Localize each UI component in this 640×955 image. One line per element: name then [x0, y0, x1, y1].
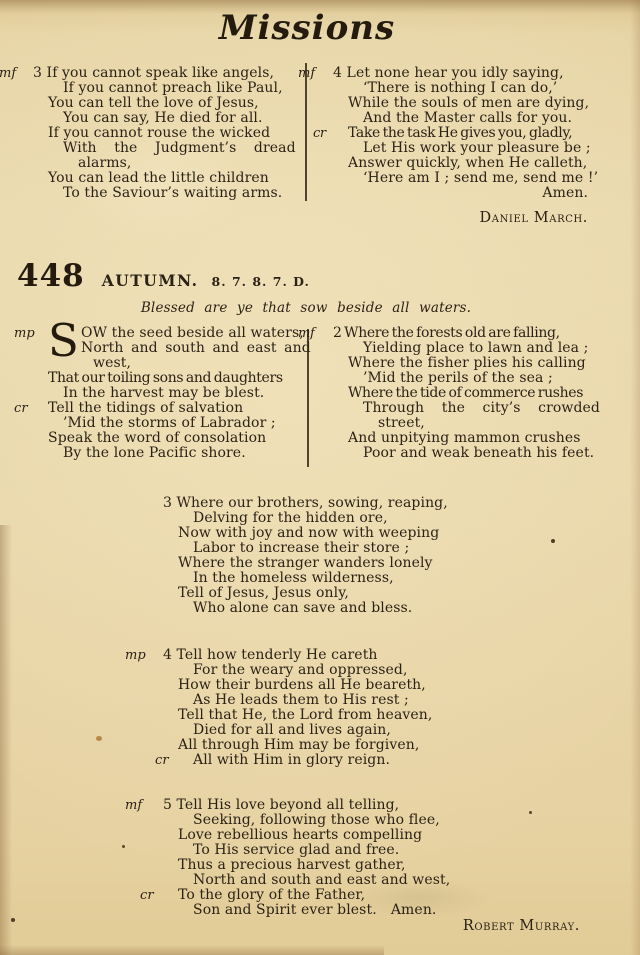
dynamic-marker: cr: [14, 401, 28, 416]
dynamic-marker: mf: [0, 66, 16, 81]
verse-line: Son and Spirit ever blest. Amen.: [193, 903, 488, 918]
verse-line-text: Tell of Jesus, Jesus only,: [178, 585, 349, 601]
verse-line: Tell that He, the Lord from heaven,: [178, 708, 488, 723]
paper-speck: [11, 918, 15, 922]
dynamic-marker: mp: [125, 648, 146, 663]
verse-line-text: 4 Tell how tenderly He careth: [163, 647, 378, 663]
verse-line: To His service glad and free.: [193, 843, 488, 858]
hymnal-page: Missions mf3 If you cannot speak like an…: [0, 0, 640, 955]
verse-line-text: street,: [378, 415, 425, 431]
verse-line-text: How their burdens all He beareth,: [178, 677, 426, 693]
verse-line: 3 Where our brothers, sowing, reaping,: [163, 496, 488, 511]
verse-line-text: You can tell the love of Jesus,: [48, 95, 259, 111]
prev-hymn-verse-3: mf3 If you cannot speak like angels, If …: [48, 66, 298, 201]
paper-speck: [96, 736, 102, 741]
verse-line: All through Him may be forgiven,: [178, 738, 488, 753]
page-edge-shadow-left: [0, 525, 12, 955]
verse-line: ’Mid the perils of the sea ;: [363, 371, 588, 386]
running-head-title: Missions: [0, 8, 614, 48]
verse-line-text: Love rebellious hearts compelling: [178, 827, 422, 843]
verse-line-text: Amen.: [542, 185, 588, 201]
verse-line: You can say, He died for all.: [63, 111, 298, 126]
verse-line: And the Master calls for you.: [363, 111, 588, 126]
verse-line-text: Now with joy and now with weeping: [178, 525, 439, 541]
dynamic-marker: mf: [298, 66, 315, 81]
verse-line-text: If you cannot rouse the wicked: [48, 125, 270, 141]
verse-line: With the Judgment’s dread: [63, 141, 298, 156]
prev-hymn-verse-4: mf4 Let none hear you idly saying, ‘Ther…: [348, 66, 588, 201]
verse-line: While the souls of men are dying,: [348, 96, 588, 111]
verse-line-text: Poor and weak beneath his feet.: [363, 445, 594, 461]
verse-line-text: Speak the word of consolation: [48, 430, 266, 446]
verse-line-text: Through the city’s crowded: [363, 400, 600, 416]
verse-line-text: 2 Where the forests old are falling,: [333, 325, 560, 341]
verse-line: Poor and weak beneath his feet.: [363, 446, 588, 461]
verse-line: If you cannot preach like Paul,: [63, 81, 298, 96]
verse-line-text: North and south and east and: [81, 340, 311, 356]
verse-line-text: Son and Spirit ever blest. Amen.: [193, 902, 436, 918]
column-divider: [307, 329, 309, 467]
verse-line: How their burdens all He beareth,: [178, 678, 488, 693]
tune-name: AUTUMN.: [102, 271, 199, 290]
verse-line: Seeking, following those who flee,: [193, 813, 488, 828]
verse-line: Through the city’s crowded: [363, 401, 588, 416]
dynamic-marker: mf: [298, 326, 314, 341]
verse-line: Speak the word of consolation: [48, 431, 298, 446]
verse-line-text: Let His work your pleasure be ;: [363, 140, 591, 156]
verse-line: In the harvest may be blest.: [63, 386, 298, 401]
verse-line: ‘There is nothing I can do,’: [363, 81, 588, 96]
dynamic-marker: cr: [155, 753, 169, 768]
verse-line: Amen.: [348, 186, 588, 201]
verse-line: Died for all and lives again,: [193, 723, 488, 738]
verse-line-text: As He leads them to His rest ;: [193, 692, 409, 708]
verse-line: mf2 Where the forests old are falling,: [333, 326, 588, 341]
verse-line-text: By the lone Pacific shore.: [63, 445, 246, 461]
verse-line-text: Yielding place to lawn and lea ;: [363, 340, 589, 356]
verse-line-text: For the weary and oppressed,: [193, 662, 408, 678]
hymn-verse-2: mf2 Where the forests old are falling, Y…: [348, 326, 588, 461]
dynamic-marker: cr: [140, 888, 154, 903]
verse-line-text: And the Master calls for you.: [363, 110, 572, 126]
verse-line: alarms,: [78, 156, 298, 171]
verse-line: Who alone can save and bless.: [193, 601, 488, 616]
verse-line-text: Seeking, following those who flee,: [193, 812, 440, 828]
verse-line-text: That our toiling sons and daughters: [48, 370, 283, 386]
paper-speck: [529, 811, 532, 814]
verse-line-text: In the harvest may be blest.: [63, 385, 264, 401]
verse-line: mpOW the seed beside all waters,: [48, 326, 298, 341]
verse-line-text: You can lead the little children: [48, 170, 269, 186]
verse-line: You can tell the love of Jesus,: [48, 96, 298, 111]
dynamic-marker: mf: [125, 798, 142, 813]
verse-line-text: In the homeless wilderness,: [193, 570, 394, 586]
verse-line: Love rebellious hearts compelling: [178, 828, 488, 843]
verse-line-text: Who alone can save and bless.: [193, 600, 412, 616]
hymn-heading: 448 AUTUMN. 8. 7. 8. 7. D.: [17, 258, 310, 294]
verse-line-text: alarms,: [78, 155, 131, 171]
verse-line: Now with joy and now with weeping: [178, 526, 488, 541]
verse-line: If you cannot rouse the wicked: [48, 126, 298, 141]
verse-line: You can lead the little children: [48, 171, 298, 186]
verse-line-text: And unpitying mammon crushes: [348, 430, 581, 446]
hymn-number: 448: [17, 258, 85, 294]
verse-line: North and south and east and: [48, 341, 298, 356]
paper-speck: [551, 539, 555, 543]
verse-line: To the Saviour’s waiting arms.: [63, 186, 298, 201]
hymn-verse-5: mf5 Tell His love beyond all telling, Se…: [178, 798, 488, 918]
verse-line: ’Mid the storms of Labrador ;: [63, 416, 298, 431]
verse-line: Answer quickly, when He calleth,: [348, 156, 588, 171]
verse-line-text: Died for all and lives again,: [193, 722, 391, 738]
verse-line: ‘Here am I ; send me, send me !’: [363, 171, 588, 186]
verse-line: crTell the tidings of salvation: [48, 401, 298, 416]
verse-line-text: Where the stranger wanders lonely: [178, 555, 433, 571]
verse-line-text: Where the tide of commerce rushes: [348, 385, 583, 401]
verse-line-text: ‘Here am I ; send me, send me !’: [363, 170, 598, 186]
verse-line: west,: [93, 356, 298, 371]
author-attribution-bottom: Robert Murray.: [330, 918, 580, 934]
verse-line: mp4 Tell how tenderly He careth: [163, 648, 488, 663]
verse-line-text: 4 Let none hear you idly saying,: [333, 65, 564, 81]
verse-line: crTo the glory of the Father,: [178, 888, 488, 903]
page-edge-shadow-right: [630, 0, 640, 955]
verse-line: Thus a precious harvest gather,: [178, 858, 488, 873]
page-edge-shadow-bottom: [0, 945, 384, 955]
hymn-verse-1: S mpOW the seed beside all waters, North…: [48, 326, 298, 461]
verse-line-text: With the Judgment’s dread: [63, 140, 296, 156]
verse-line-text: To the glory of the Father,: [178, 887, 365, 903]
verse-line: For the weary and oppressed,: [193, 663, 488, 678]
verse-line-text: ’Mid the perils of the sea ;: [363, 370, 553, 386]
column-divider: [305, 63, 307, 201]
verse-line: And unpitying mammon crushes: [348, 431, 588, 446]
verse-line-text: To the Saviour’s waiting arms.: [63, 185, 282, 201]
verse-line: street,: [378, 416, 588, 431]
verse-line-text: Thus a precious harvest gather,: [178, 857, 406, 873]
hymn-verse-3: 3 Where our brothers, sowing, reaping, D…: [178, 496, 488, 616]
author-attribution-top: Daniel March.: [348, 210, 604, 226]
verse-line-text: To His service glad and free.: [193, 842, 399, 858]
verse-line: By the lone Pacific shore.: [63, 446, 298, 461]
verse-line-text: ‘There is nothing I can do,’: [363, 80, 557, 96]
verse-line-text: Labor to increase their store ;: [193, 540, 409, 556]
verse-line-text: Delving for the hidden ore,: [193, 510, 388, 526]
hymn-verse-4: mp4 Tell how tenderly He careth For the …: [178, 648, 488, 768]
verse-line: mf3 If you cannot speak like angels,: [33, 66, 298, 81]
dynamic-marker: mp: [14, 326, 35, 341]
verse-line-text: Tell the tidings of salvation: [48, 400, 243, 416]
verse-line-text: All with Him in glory reign.: [193, 752, 390, 768]
verse-line-text: 3 If you cannot speak like angels,: [33, 65, 274, 81]
verse-line-text: While the souls of men are dying,: [348, 95, 589, 111]
paper-speck: [122, 845, 125, 848]
verse-line-text: All through Him may be forgiven,: [178, 737, 419, 753]
verse-line: In the homeless wilderness,: [193, 571, 488, 586]
hymn-meter: 8. 7. 8. 7. D.: [212, 274, 310, 289]
verse-line: Where the fisher plies his calling: [348, 356, 588, 371]
verse-line: Where the tide of commerce rushes: [348, 386, 588, 401]
verse-line-text: west,: [93, 355, 131, 371]
verse-line: Delving for the hidden ore,: [193, 511, 488, 526]
verse-line-text: If you cannot preach like Paul,: [63, 80, 283, 96]
verse-line: Yielding place to lawn and lea ;: [363, 341, 588, 356]
verse-line: mf4 Let none hear you idly saying,: [333, 66, 588, 81]
verse-line: Tell of Jesus, Jesus only,: [178, 586, 488, 601]
verse-line-text: 3 Where our brothers, sowing, reaping,: [163, 495, 448, 511]
dynamic-marker: cr: [313, 126, 326, 141]
verse-line-text: OW the seed beside all waters,: [81, 325, 304, 341]
verse-line: That our toiling sons and daughters: [48, 371, 298, 386]
verse-line: Let His work your pleasure be ;: [363, 141, 588, 156]
verse-line-text: Where the fisher plies his calling: [348, 355, 586, 371]
verse-line-text: You can say, He died for all.: [63, 110, 263, 126]
verse-line-text: Answer quickly, when He calleth,: [348, 155, 587, 171]
verse-line-text: Take the task He gives you, gladly,: [348, 125, 572, 141]
verse-line-text: North and south and east and west,: [193, 872, 450, 888]
verse-line: Labor to increase their store ;: [193, 541, 488, 556]
verse-line: As He leads them to His rest ;: [193, 693, 488, 708]
verse-line: crAll with Him in glory reign.: [193, 753, 488, 768]
scripture-epigraph: Blessed are ye that sow beside all water…: [0, 300, 612, 316]
verse-line: Where the stranger wanders lonely: [178, 556, 488, 571]
verse-line: crTake the task He gives you, gladly,: [348, 126, 588, 141]
verse-line-text: 5 Tell His love beyond all telling,: [163, 797, 399, 813]
verse-line: mf5 Tell His love beyond all telling,: [163, 798, 488, 813]
verse-line-text: Tell that He, the Lord from heaven,: [178, 707, 432, 723]
verse-line: North and south and east and west,: [193, 873, 488, 888]
verse-line-text: ’Mid the storms of Labrador ;: [63, 415, 276, 431]
